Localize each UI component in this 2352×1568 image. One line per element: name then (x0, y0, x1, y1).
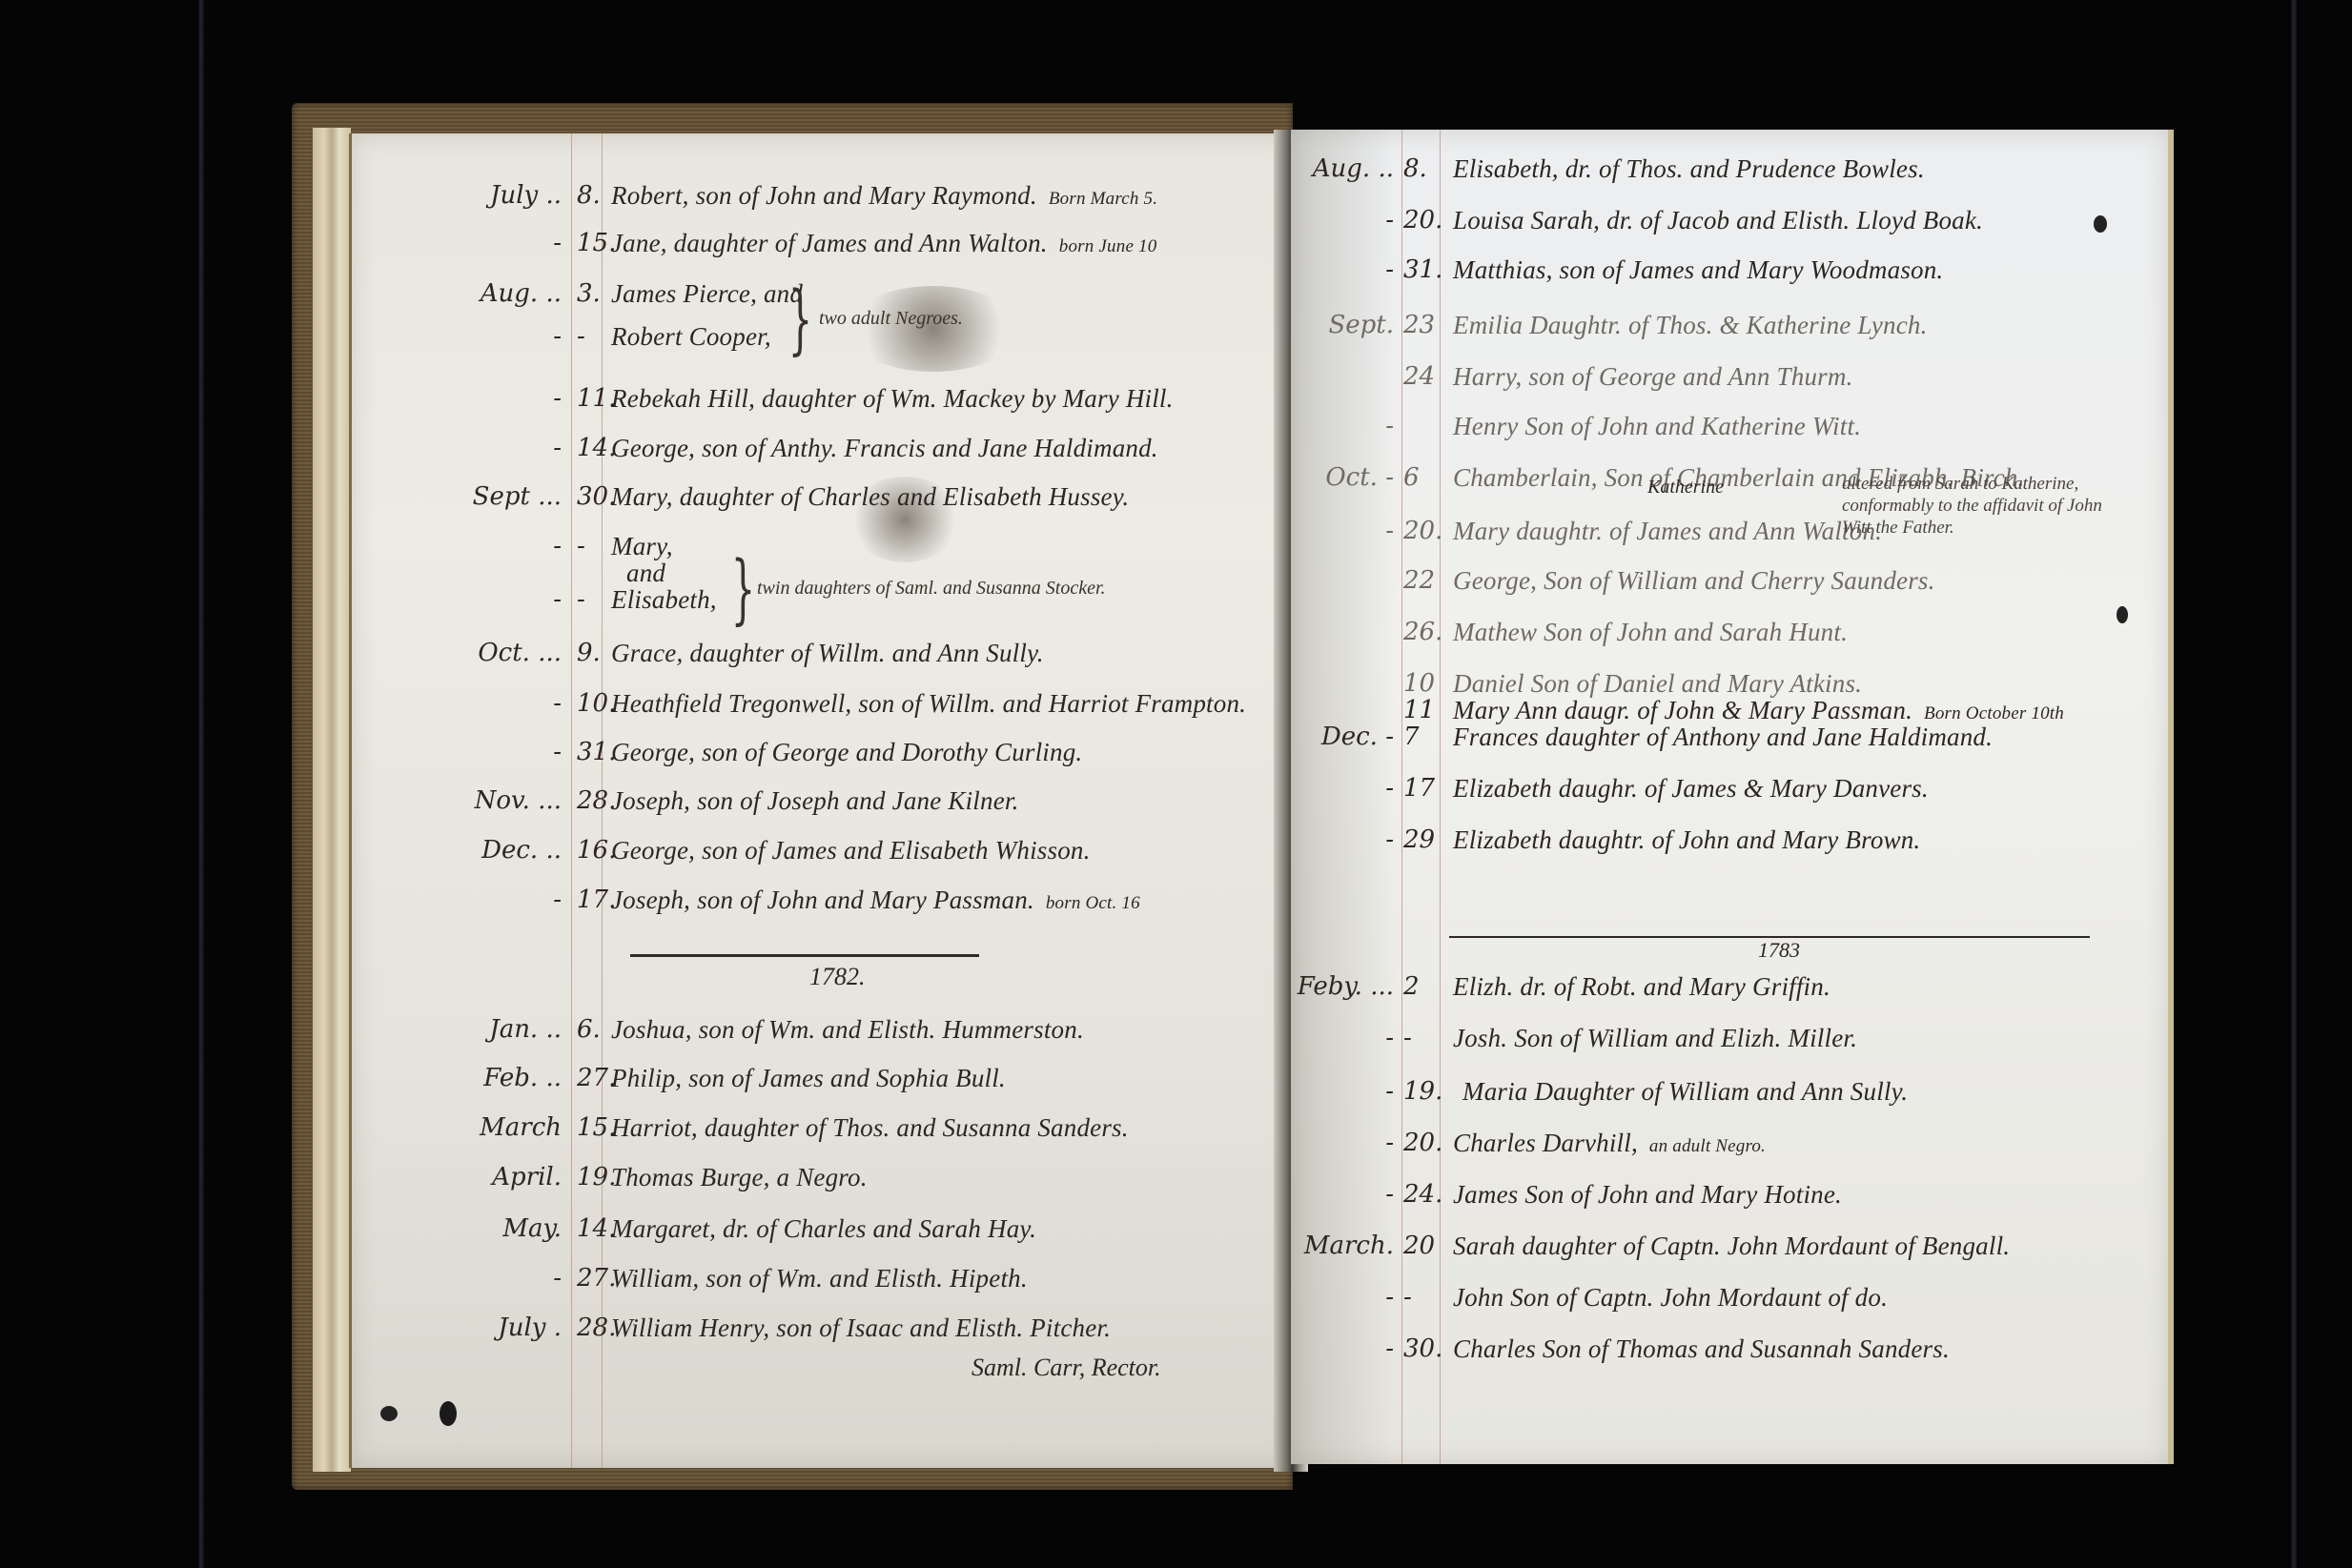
entry-text: Rebekah Hill, daughter of Wm. Mackey by … (611, 384, 1174, 413)
rector-signature: Saml. Carr, Rector. (971, 1354, 1161, 1382)
entry-month: - (1215, 1077, 1394, 1106)
ink-blot (380, 1406, 398, 1421)
entry-text: Charles Darvhill, (1453, 1129, 1638, 1157)
register-entry: Feb. ..27.Philip, son of James and Sophi… (352, 1064, 1296, 1106)
entry-text: Mary, (611, 532, 673, 560)
register-entry: Dec. -7Frances daughter of Anthony and J… (1291, 723, 2168, 764)
entry-month: Dec. .. (371, 836, 562, 865)
entry-day: - (1403, 1283, 1412, 1312)
entry-text: George, son of Anthy. Francis and Jane H… (611, 434, 1158, 462)
entry-text: George, Son of William and Cherry Saunde… (1453, 566, 1935, 595)
entry-text: James Pierce, and (611, 279, 803, 308)
register-entry: Sept.23Emilia Daughtr. of Thos. & Kather… (1291, 311, 2168, 353)
register-entry: -29Elizabeth daughtr. of John and Mary B… (1291, 825, 2168, 867)
entry-month: - (1215, 206, 1394, 234)
register-book: July ..8.Robert, son of John and Mary Ra… (292, 103, 2189, 1490)
register-entry: Aug. ..8.Elisabeth, dr. of Thos. and Pru… (1291, 154, 2168, 196)
register-entry: May.14.Margaret, dr. of Charles and Sara… (352, 1214, 1296, 1256)
entry-month: April. (371, 1163, 562, 1191)
margin-note-correction: altered from Sarah to Katherine, conform… (1842, 473, 2128, 539)
register-entry: -15.Jane, daughter of James and Ann Walt… (352, 229, 1296, 271)
entry-month: Sept ... (371, 482, 562, 511)
entry-day: 20. (1403, 1129, 1442, 1157)
entry-day: 6. (577, 1015, 601, 1044)
entry-text: Elisabeth, (611, 585, 717, 614)
register-entry: July .28.William Henry, son of Isaac and… (352, 1313, 1296, 1355)
register-entry: 24Harry, son of George and Ann Thurm. (1291, 362, 2168, 404)
entry-note: Born October 10th (1924, 703, 2064, 723)
entry-month: - (371, 585, 562, 614)
entry-note: born Oct. 16 (1046, 893, 1140, 913)
entry-text: Elizabeth daughr. of James & Mary Danver… (1453, 774, 1929, 803)
entry-month: Aug. .. (371, 279, 562, 308)
register-entry: --John Son of Captn. John Mordaunt of do… (1291, 1283, 2168, 1325)
entry-month: Feby. ... (1215, 972, 1394, 1001)
register-entry: -31.George, son of George and Dorothy Cu… (352, 738, 1296, 780)
entry-day: 24 (1403, 362, 1435, 391)
entry-day: 22 (1403, 566, 1435, 595)
entry-month: - (1215, 774, 1394, 803)
entry-text: Joseph, son of John and Mary Passman. (611, 886, 1034, 914)
register-entry: --Josh. Son of William and Elizh. Miller… (1291, 1024, 2168, 1066)
entry-month: - (1215, 517, 1394, 545)
register-entry: Sept ...30.Mary, daughter of Charles and… (352, 482, 1296, 524)
entry-day: 6 (1403, 463, 1420, 492)
entry-day: 20 (1403, 1232, 1435, 1260)
register-entry: -14.George, son of Anthy. Francis and Ja… (352, 434, 1296, 476)
entry-month: - (371, 689, 562, 718)
register-entry: -27.William, son of Wm. and Elisth. Hipe… (352, 1264, 1296, 1306)
entry-month: - (1215, 1129, 1394, 1157)
entry-text: Jane, daughter of James and Ann Walton. (611, 229, 1048, 257)
entry-text: Harriot, daughter of Thos. and Susanna S… (611, 1113, 1129, 1142)
entry-text: Margaret, dr. of Charles and Sarah Hay. (611, 1214, 1036, 1243)
register-entry: -20.Charles Darvhill,an adult Negro. (1291, 1129, 2168, 1171)
entry-text: Maria Daughter of William and Ann Sully. (1462, 1077, 1908, 1106)
entry-text: Henry Son of John and Katherine Witt. (1453, 412, 1861, 440)
entry-text: Charles Son of Thomas and Susannah Sande… (1453, 1334, 1950, 1363)
entry-day: 19. (1403, 1077, 1442, 1106)
brace-note-adult-negroes: two adult Negroes. (819, 308, 963, 330)
entry-month: May. (371, 1214, 562, 1243)
entry-day: 26. (1403, 618, 1442, 646)
register-entry: July ..8.Robert, son of John and Mary Ra… (352, 181, 1296, 223)
right-page: Aug. ..8.Elisabeth, dr. of Thos. and Pru… (1291, 130, 2174, 1464)
entry-day: 11 (1403, 696, 1435, 724)
brace: } (788, 281, 812, 357)
register-entry: Dec. ..16.George, son of James and Elisa… (352, 836, 1296, 878)
entry-day: 8. (577, 181, 601, 210)
entry-day: 29 (1403, 825, 1435, 854)
entry-day: 2 (1403, 972, 1420, 1001)
entry-text: Matthias, son of James and Mary Woodmaso… (1453, 255, 1943, 284)
register-entry: Nov. ...28.Joseph, son of Joseph and Jan… (352, 786, 1296, 828)
entry-month: March (371, 1113, 562, 1142)
entry-text: Daniel Son of Daniel and Mary Atkins. (1453, 669, 1862, 698)
entry-note: Born March 5. (1049, 189, 1157, 209)
entry-day: 31. (1403, 255, 1442, 284)
register-entry: March.20Sarah daughter of Captn. John Mo… (1291, 1232, 2168, 1273)
entry-month: Jan. .. (371, 1015, 562, 1044)
brace-note-twins: twin daughters of Saml. and Susanna Stoc… (757, 578, 1106, 600)
entry-text: George, son of James and Elisabeth Whiss… (611, 836, 1091, 865)
register-entry: -19.Maria Daughter of William and Ann Su… (1291, 1077, 2168, 1119)
entry-note: born June 10 (1059, 236, 1157, 256)
entry-day: 8. (1403, 154, 1427, 183)
entry-month: - (1215, 1334, 1394, 1363)
entry-text: Elisabeth, dr. of Thos. and Prudence Bow… (1453, 154, 1925, 183)
page-edges (313, 128, 351, 1472)
entry-day: 20. (1403, 517, 1442, 545)
entry-day: 3. (577, 279, 601, 308)
register-entry: -11.Rebekah Hill, daughter of Wm. Mackey… (352, 384, 1296, 426)
register-entry: -20.Louisa Sarah, dr. of Jacob and Elist… (1291, 206, 2168, 248)
entry-month: - (1215, 1024, 1394, 1052)
register-entry: Feby. ...2Elizh. dr. of Robt. and Mary G… (1291, 972, 2168, 1014)
entry-month: March. (1215, 1232, 1394, 1260)
register-entry: -17Elizabeth daughr. of James & Mary Dan… (1291, 774, 2168, 816)
entry-month: - (1215, 412, 1394, 440)
entry-day: 7 (1403, 723, 1420, 751)
entry-month: - (1215, 1283, 1394, 1312)
entry-text: Louisa Sarah, dr. of Jacob and Elisth. L… (1453, 206, 1983, 234)
entry-text: Heathfield Tregonwell, son of Willm. and… (611, 689, 1246, 718)
entry-month: Feb. .. (371, 1064, 562, 1092)
register-entry: -30.Charles Son of Thomas and Susannah S… (1291, 1334, 2168, 1376)
register-entry: -Henry Son of John and Katherine Witt. (1291, 412, 2168, 454)
entry-month: - (371, 322, 562, 351)
entry-month: Nov. ... (371, 786, 562, 815)
entry-month: Oct. - (1215, 463, 1394, 492)
entry-month: - (371, 738, 562, 766)
entry-text: Josh. Son of William and Elizh. Miller. (1453, 1024, 1857, 1052)
entry-text: Frances daughter of Anthony and Jane Hal… (1453, 723, 1993, 751)
entry-month: Sept. (1215, 311, 1394, 339)
entry-month: - (1215, 1180, 1394, 1209)
entry-text: John Son of Captn. John Mordaunt of do. (1453, 1283, 1888, 1312)
entry-text: Sarah daughter of Captn. John Mordaunt o… (1453, 1232, 2010, 1260)
entry-day: 24. (1403, 1180, 1442, 1209)
brace: } (731, 551, 755, 627)
entry-month: July .. (371, 181, 562, 210)
correction-superscript: Katherine (1647, 477, 1724, 499)
entry-month: Aug. .. (1215, 154, 1394, 183)
entry-text: Joseph, son of Joseph and Jane Kilner. (611, 786, 1019, 815)
entry-text: Elizh. dr. of Robt. and Mary Griffin. (1453, 972, 1830, 1001)
entry-month: - (371, 434, 562, 462)
left-page: July ..8.Robert, son of John and Mary Ra… (349, 133, 1296, 1468)
register-entry: Jan. ..6.Joshua, son of Wm. and Elisth. … (352, 1015, 1296, 1057)
entry-day: 30. (1403, 1334, 1442, 1363)
entry-text: Thomas Burge, a Negro. (611, 1163, 868, 1191)
entry-text: Mary Ann daugr. of John & Mary Passman. (1453, 696, 1912, 724)
frame-divider-left (198, 0, 204, 1568)
entry-text: Robert Cooper, (611, 322, 771, 351)
entry-month: - (371, 1264, 562, 1293)
entry-text: Grace, daughter of Willm. and Ann Sully. (611, 639, 1044, 667)
entry-text: Mary, daughter of Charles and Elisabeth … (611, 482, 1129, 511)
entry-text: William Henry, son of Isaac and Elisth. … (611, 1313, 1111, 1342)
year-divider (630, 954, 979, 957)
register-entry: -17.Joseph, son of John and Mary Passman… (352, 886, 1296, 927)
register-entry: -24.James Son of John and Mary Hotine. (1291, 1180, 2168, 1222)
register-entry: March15.Harriot, daughter of Thos. and S… (352, 1113, 1296, 1155)
register-entry: 22George, Son of William and Cherry Saun… (1291, 566, 2168, 608)
entry-text: George, son of George and Dorothy Curlin… (611, 738, 1082, 766)
entry-day: 10 (1403, 669, 1435, 698)
entry-text: Emilia Daughtr. of Thos. & Katherine Lyn… (1453, 311, 1928, 339)
entry-text: Robert, son of John and Mary Raymond. (611, 181, 1037, 210)
entry-text: James Son of John and Mary Hotine. (1453, 1180, 1842, 1209)
ink-blot (440, 1401, 457, 1426)
entry-text: William, son of Wm. and Elisth. Hipeth. (611, 1264, 1028, 1293)
year-heading-1782: 1782. (809, 963, 866, 991)
register-entry: -31.Matthias, son of James and Mary Wood… (1291, 255, 2168, 297)
entry-month: July . (371, 1313, 562, 1342)
frame-divider-right (2291, 0, 2297, 1568)
entry-day: - (577, 322, 585, 351)
register-entry: April.19.Thomas Burge, a Negro. (352, 1163, 1296, 1205)
entry-day: 23 (1403, 311, 1435, 339)
entry-text: Mathew Son of John and Sarah Hunt. (1453, 618, 1848, 646)
entry-text: Philip, son of James and Sophia Bull. (611, 1064, 1006, 1092)
entry-day: - (577, 585, 585, 614)
entry-text: and (626, 559, 665, 587)
entry-month: - (371, 229, 562, 257)
entry-month: - (371, 886, 562, 914)
entry-day: - (577, 532, 585, 560)
entry-month: Dec. - (1215, 723, 1394, 751)
register-entry: 26.Mathew Son of John and Sarah Hunt. (1291, 618, 2168, 660)
entry-text: Mary daughtr. of James and Ann Walton. (1453, 517, 1882, 545)
entry-text: Harry, son of George and Ann Thurm. (1453, 362, 1853, 391)
entry-note: an adult Negro. (1649, 1136, 1766, 1156)
register-entry: -10.Heathfield Tregonwell, son of Willm.… (352, 689, 1296, 731)
entry-month: - (1215, 825, 1394, 854)
entry-day: 20. (1403, 206, 1442, 234)
entry-month: - (1215, 255, 1394, 284)
register-entry: Oct. ...9.Grace, daughter of Willm. and … (352, 639, 1296, 681)
entry-month: Oct. ... (371, 639, 562, 667)
entry-text: Joshua, son of Wm. and Elisth. Hummersto… (611, 1015, 1084, 1044)
year-heading-1783: 1783 (1758, 938, 1800, 963)
entry-day: 9. (577, 639, 601, 667)
entry-day: 17 (1403, 774, 1435, 803)
entry-month: - (371, 384, 562, 413)
entry-day: - (1403, 1024, 1412, 1052)
entry-month: - (371, 532, 562, 560)
entry-text: Elizabeth daughtr. of John and Mary Brow… (1453, 825, 1920, 854)
